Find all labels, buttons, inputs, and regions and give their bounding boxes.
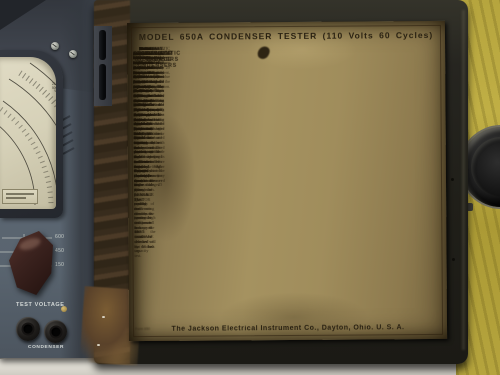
- dial-label: 450: [55, 248, 64, 254]
- dial-label: 600: [55, 234, 64, 240]
- paint-speck: [97, 344, 100, 346]
- hinge-pin: [99, 64, 106, 100]
- lens-cap-inner: [471, 137, 500, 197]
- dial-label: 150: [55, 262, 64, 268]
- body-paragraph: IMPORTANT: The voltages furnished on the…: [133, 47, 165, 188]
- meter-face: 25AA 500 W: [0, 57, 56, 209]
- photo-canvas: 25AA 500 W 600 450 150 TES: [0, 0, 500, 375]
- meter-marking-text: 25AA 500 W: [30, 83, 52, 87]
- sheet-footer: The Jackson Electrical Instrument Co., D…: [139, 324, 437, 333]
- test-voltage-knob: [9, 231, 53, 295]
- instruction-sheet: MODEL 650A CONDENSER TESTER (110 Volts 6…: [127, 21, 447, 341]
- meter-scale-arcs: [0, 57, 56, 209]
- jack-hole: [51, 327, 60, 336]
- meter-label-plate: [2, 189, 38, 204]
- panel-screw-icon: [51, 42, 59, 50]
- tester-lid: MODEL 650A CONDENSER TESTER (110 Volts 6…: [94, 0, 468, 364]
- lid-rivet-icon: [452, 258, 455, 261]
- condenser-jack-right: [44, 320, 67, 343]
- panel-screw-icon: [69, 50, 77, 58]
- jack-hole: [24, 325, 33, 334]
- sheet-columns: The Model 650A tests condensers for shor…: [133, 45, 441, 319]
- brass-screw-icon: [61, 306, 67, 312]
- test-voltage-label: TEST VOLTAGE: [16, 302, 65, 308]
- lid-rivet-icon: [451, 178, 454, 181]
- hinge-pin: [99, 30, 106, 60]
- condenser-jack-left: [16, 317, 40, 341]
- sheet-title: MODEL 650A CONDENSER TESTER (110 Volts 6…: [137, 30, 435, 42]
- paint-speck: [102, 316, 105, 318]
- lid-edge-highlight: [462, 10, 465, 350]
- condenser-label: CONDENSER: [28, 345, 64, 350]
